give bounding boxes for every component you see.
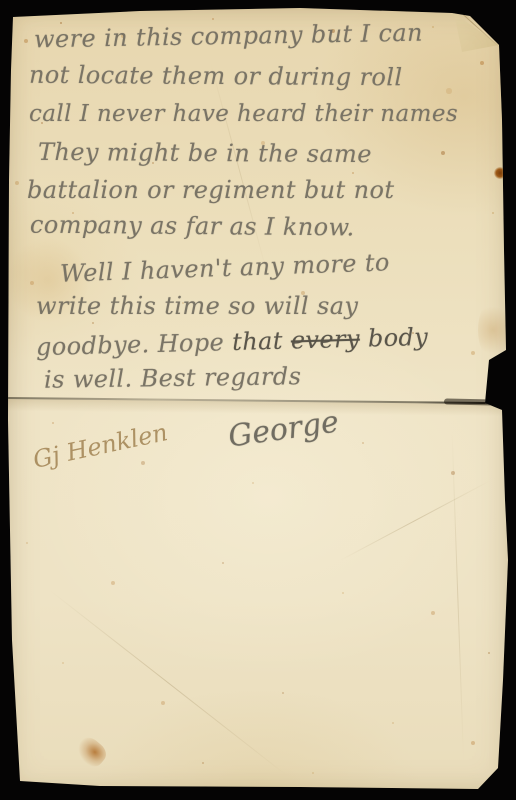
handwritten-line-3: call I never have heard their names xyxy=(29,101,458,127)
handwritten-line-4: They might be in the same xyxy=(38,138,372,168)
handwritten-line-2: not locate them or during roll xyxy=(29,61,403,92)
line-9-struck-word: every xyxy=(290,325,360,355)
line-9-suffix: body xyxy=(359,323,428,353)
line-9-prefix: goodbye. Hope xyxy=(36,328,233,361)
foxing-speckles xyxy=(0,0,2,2)
signature-george: George xyxy=(226,404,341,454)
handwritten-line-10: is well. Best regards xyxy=(44,362,302,394)
handwritten-line-8: write this time so will say xyxy=(36,292,358,320)
letter-page: were in this company but I can not locat… xyxy=(0,0,516,800)
signature-henklen: Gj Henklen xyxy=(31,418,171,474)
handwritten-line-1: were in this company but I can xyxy=(34,19,423,54)
handwritten-text-block: were in this company but I can not locat… xyxy=(0,0,516,800)
scanner-background: were in this company but I can not locat… xyxy=(0,0,516,800)
handwritten-line-7: Well I haven't any more to xyxy=(60,248,391,287)
handwritten-line-5: battalion or regiment but not xyxy=(27,176,394,204)
line-9-emphasis: that xyxy=(232,326,291,356)
handwritten-line-9: goodbye. Hope that every body xyxy=(36,323,429,361)
handwritten-line-6: company as far as I know. xyxy=(30,211,355,242)
